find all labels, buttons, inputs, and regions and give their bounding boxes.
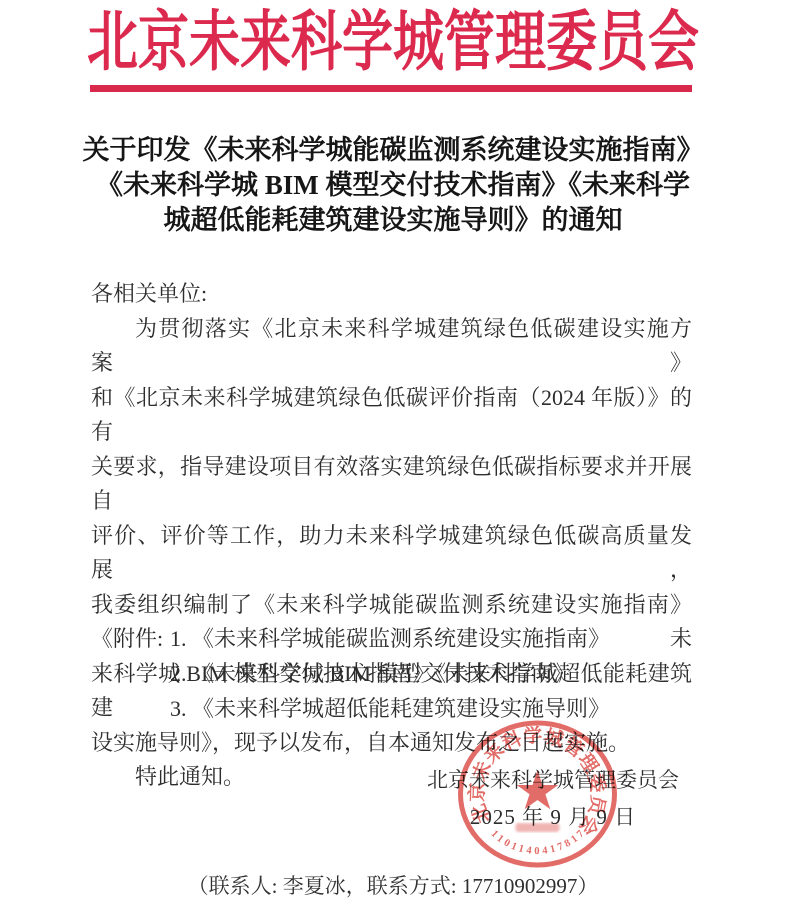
attachments-label-spacer xyxy=(113,656,170,691)
document-page: 北京未来科学城管理委员会 关于印发《未来科学城能碳监测系统建设实施指南》 《未来… xyxy=(0,0,786,910)
attachment-item: 3. 《未来科学城超低能耗建筑建设实施导则》 xyxy=(170,691,610,726)
letterhead-divider xyxy=(90,85,692,92)
attachments-label: 附件: xyxy=(113,621,170,656)
document-title-line: 关于印发《未来科学城能碳监测系统建设实施指南》 xyxy=(0,133,786,168)
seal-code: 1101140417817 xyxy=(489,828,587,857)
body-line: 和《北京未来科学城建筑绿色低碳评价指南（2024 年版）》的有 xyxy=(91,381,692,450)
svg-text:1101140417817: 1101140417817 xyxy=(489,828,587,857)
document-title-line: 城超低能耗建筑建设实施导则》的通知 xyxy=(0,203,786,238)
body-line: 评价、评价等工作，助力未来科学城建筑绿色低碳高质量发展， xyxy=(91,519,692,588)
attachment-row: 附件: 1. 《未来科学城能碳监测系统建设实施指南》 xyxy=(113,621,610,656)
body-line: 为贯彻落实《北京未来科学城建筑绿色低碳建设实施方案》 xyxy=(91,312,692,381)
attachment-row: 2. 《未来科学城 BIM 模型交付技术指南》 xyxy=(113,656,610,691)
salutation: 各相关单位: xyxy=(91,277,692,312)
signature-block: 北京未来科学城管理委员会 2025 年 9 月 9 日 xyxy=(425,765,681,832)
attachments-list: 附件: 1. 《未来科学城能碳监测系统建设实施指南》 2. 《未来科学城 BIM… xyxy=(113,621,610,726)
signature-org: 北京未来科学城管理委员会 xyxy=(425,765,681,795)
signature-date: 2025 年 9 月 9 日 xyxy=(425,802,681,832)
letterhead-org-name: 北京未来科学城管理委员会 xyxy=(0,10,786,79)
body-line: 设实施导则》，现予以发布，自本通知发布之日起实施。 xyxy=(91,726,692,761)
attachment-item: 1. 《未来科学城能碳监测系统建设实施指南》 xyxy=(170,621,610,656)
document-title-line: 《未来科学城 BIM 模型交付技术指南》《未来科学 xyxy=(0,168,786,203)
attachment-item: 2. 《未来科学城 BIM 模型交付技术指南》 xyxy=(170,656,575,691)
contact-line: （联系人: 李夏冰，联系方式: 17710902997） xyxy=(0,871,786,901)
attachments-label-spacer xyxy=(113,691,170,726)
attachment-row: 3. 《未来科学城超低能耗建筑建设实施导则》 xyxy=(113,691,610,726)
document-title: 关于印发《未来科学城能碳监测系统建设实施指南》 《未来科学城 BIM 模型交付技… xyxy=(0,133,786,238)
body-line: 关要求，指导建设项目有效落实建筑绿色低碳指标要求并开展自 xyxy=(91,450,692,519)
